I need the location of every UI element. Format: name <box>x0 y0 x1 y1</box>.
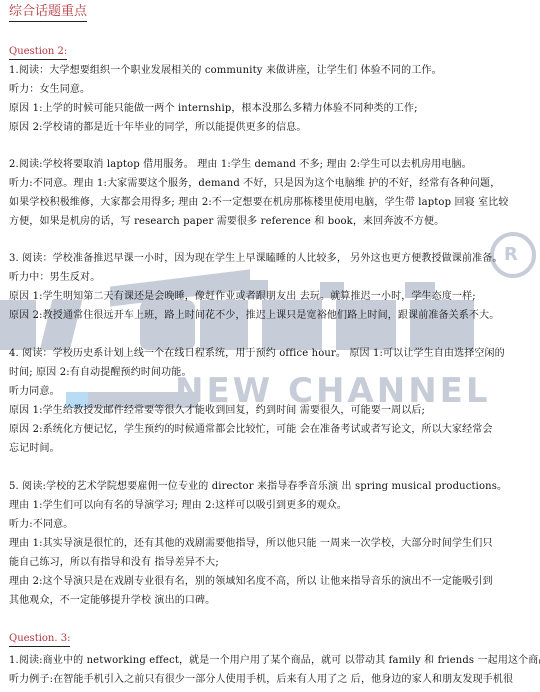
watermark-shape <box>40 300 82 350</box>
text-line: 如果学校积极维修，大家都会用得多; 理由 2:不一定想要在机房那栋楼里使用电脑，… <box>9 197 535 209</box>
text-line: 1.阅读：大学想要组织一个职业发展相关的 community 来做讲座，让学生们… <box>9 65 535 77</box>
text-line: 能自己练习，所以有指导和没有 指导差异不大; <box>9 557 535 569</box>
text-line: 时间; 原因 2:有自动提醒预约时间功能。 <box>9 367 535 379</box>
text-line: 理由 2:这个导演只是在戏剧专业很有名，别的领域知名度不高，所以 让他来指导音乐… <box>9 576 535 588</box>
watermark-shape <box>410 300 474 350</box>
text-line: 1.阅读:商业中的 networking effect，就是一个用户用了某个商品… <box>9 655 535 667</box>
text-line: 其他观众，不一定能够提升学校 演出的口碑。 <box>9 595 535 607</box>
text-line: 听力同意。 <box>9 386 535 398</box>
text-line: 4. 阅读：学校历史系计划上线一个在线日程系统，用于预约 office hour… <box>9 348 535 360</box>
watermark-shape <box>200 300 248 350</box>
text-line: 2.阅读:学校将要取消 laptop 借用服务。 理由 1:学生 demand … <box>9 159 535 171</box>
text-line: 5. 阅读:学校的艺术学院想要雇佣一位专业的 director 来指导春季音乐演… <box>9 481 535 493</box>
text-line: 方便，如果是机房的话，写 research paper 需要很多 referen… <box>9 216 535 228</box>
text-line: 理由 1:其实导演是很忙的，还有其他的戏剧需要他指导，所以他只能 一周来一次学校… <box>9 538 535 550</box>
watermark-shape <box>336 300 396 350</box>
watermark-shape <box>140 300 195 350</box>
text-line: 忘记时间。 <box>9 443 535 455</box>
document-page: R NEW CHANNEL 综合话题重点 Question 2: 1.阅读：大学… <box>0 0 540 692</box>
page-title: 综合话题重点 <box>9 4 87 22</box>
watermark-shape <box>262 300 322 350</box>
text-line: 理由 1:学生们可以向有名的导演学习; 理由 2:这样可以吸引到更多的观众。 <box>9 500 535 512</box>
section-heading-question-3: Question. 3: <box>9 633 70 647</box>
section-heading-question-2: Question 2: <box>9 46 67 60</box>
text-line: 原因 1:学生给教授发邮件经常要等很久才能收到回复，约到时间 需要很久，可能要一… <box>9 405 535 417</box>
text-line: 原因 2:教授通常住很远开车上班，路上时间花不少，推迟上课只是宽裕他们路上时间，… <box>9 310 535 322</box>
text-line: 听力：女生同意。 <box>9 84 535 96</box>
text-line: 原因 2:学校请的都是近十年毕业的同学，所以能提供更多的信息。 <box>9 122 535 134</box>
text-line: 听力:不同意。理由 1:大家需要这个服务，demand 不好，只是因为这个电脑维… <box>9 178 535 190</box>
text-line: 原因 1:上学的时候可能只能做一两个 internship，根本没那么多精力体验… <box>9 103 535 115</box>
text-line: 听力例子:在智能手机引入之前只有很少一部分人使用手机，后来有人用了之 后，他身边… <box>9 674 535 686</box>
text-line: 原因 2:系统化方便记忆，学生预约的时候通常都会比较忙，可能 会在准备考试或者写… <box>9 424 535 436</box>
text-line: 听力:不同意。 <box>9 519 535 531</box>
text-line: 听力中：男生反对。 <box>9 272 535 284</box>
watermark-shape <box>0 300 36 350</box>
text-line: 3. 阅读：学校准备推迟早课一小时，因为现在学生上早课瞌睡的人比较多， 另外这也… <box>9 253 535 265</box>
text-line: 原因 1:学生明知第二天有课还是会晚睡，像赶作业或者跟朋友出 去玩。就算推迟一小… <box>9 291 535 303</box>
